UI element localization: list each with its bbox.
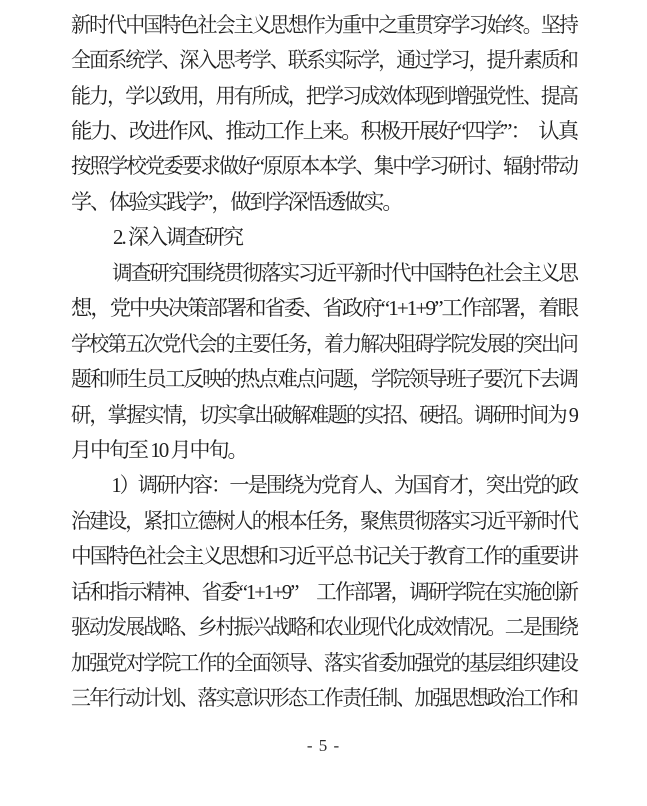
text-line: 调查研究围绕贯彻落实习近平新时代中国特色社会主义思 [71,254,577,289]
text-line: 话和指示精神、省委“1+1+9” 工作部署，调研学院在实施创新 [71,573,577,608]
text-line-content: 调查研究围绕贯彻落实习近平新时代中国特色社会主义思 [71,257,577,287]
text-line-content: 三年行动计划、落实意识形态工作责任制、加强思想政治工作和 [71,682,577,712]
text-line: 驱动发展战略、乡村振兴战略和农业现代化成效情况。二是围绕 [71,608,577,643]
text-line: 按照学校党委要求做好“原原本本学、集中学习研讨、辐射带动 [71,148,577,183]
text-line-content: 能力，学以致用，用有所成，把学习成效体现到增强党性、提高 [71,80,577,110]
text-line-content: 按照学校党委要求做好“原原本本学、集中学习研讨、辐射带动 [71,150,577,180]
text-line: 学、体验实践学”，做到学深悟透做实。 [71,183,577,218]
document-body: 新时代中国特色社会主义思想作为重中之重贯穿学习始终。坚持全面系统学、深入思考学、… [71,6,577,715]
text-line: 中国特色社会主义思想和习近平总书记关于教育工作的重要讲 [71,538,577,573]
text-line: 全面系统学、深入思考学、联系实际学，通过学习，提升素质和 [71,41,577,76]
text-line: 1）调研内容：一是围绕为党育人、为国育才，突出党的政 [71,467,577,502]
text-line: 研，掌握实情，切实拿出破解难题的实招、硬招。调研时间为 9 [71,396,577,431]
text-line: 能力，学以致用，用有所成，把学习成效体现到增强党性、提高 [71,77,577,112]
text-line-content: 治建设，紧扣立德树人的根本任务，聚焦贯彻落实习近平新时代 [71,505,577,535]
text-line-content: 全面系统学、深入思考学、联系实际学，通过学习，提升素质和 [71,44,577,74]
text-line-content: 2. 深入调查研究 [71,221,242,251]
text-line: 加强党对学院工作的全面领导、落实省委加强党的基层组织建设 [71,644,577,679]
text-line: 三年行动计划、落实意识形态工作责任制、加强思想政治工作和 [71,679,577,714]
text-line: 能力、改进作风、推动工作上来。积极开展好“四学”： 认真 [71,112,577,147]
text-line-content: 研，掌握实情，切实拿出破解难题的实招、硬招。调研时间为 9 [71,399,577,429]
section-heading: 2. 深入调查研究 [71,219,577,254]
text-line: 题和师生员工反映的热点难点问题，学院领导班子要沉下去调 [71,360,577,395]
page-number: - 5 - [307,736,340,755]
document-page: 新时代中国特色社会主义思想作为重中之重贯穿学习始终。坚持全面系统学、深入思考学、… [0,0,647,806]
text-line: 月中旬至 10 月中旬。 [71,431,577,466]
text-line-content: 学校第五次党代会的主要任务，着力解决阻碍学院发展的突出问 [71,328,577,358]
text-line-content: 加强党对学院工作的全面领导、落实省委加强党的基层组织建设 [71,647,577,677]
text-line-content: 1）调研内容：一是围绕为党育人、为国育才，突出党的政 [71,469,577,499]
text-line-content: 驱动发展战略、乡村振兴战略和农业现代化成效情况。二是围绕 [71,611,577,641]
text-line: 想，党中央决策部署和省委、省政府“1+1+9”工作部署，着眼 [71,290,577,325]
text-line-content: 能力、改进作风、推动工作上来。积极开展好“四学”： 认真 [71,115,577,145]
text-line-content: 话和指示精神、省委“1+1+9” 工作部署，调研学院在实施创新 [71,576,577,606]
page-footer: - 5 - [0,736,647,756]
text-line: 新时代中国特色社会主义思想作为重中之重贯穿学习始终。坚持 [71,6,577,41]
text-line-content: 新时代中国特色社会主义思想作为重中之重贯穿学习始终。坚持 [71,9,577,39]
text-line: 治建设，紧扣立德树人的根本任务，聚焦贯彻落实习近平新时代 [71,502,577,537]
text-line-content: 题和师生员工反映的热点难点问题，学院领导班子要沉下去调 [71,363,577,393]
text-line: 学校第五次党代会的主要任务，着力解决阻碍学院发展的突出问 [71,325,577,360]
text-line-content: 想，党中央决策部署和省委、省政府“1+1+9”工作部署，着眼 [71,292,577,322]
text-line-content: 月中旬至 10 月中旬。 [71,434,247,464]
text-line-content: 中国特色社会主义思想和习近平总书记关于教育工作的重要讲 [71,540,577,570]
text-line-content: 学、体验实践学”，做到学深悟透做实。 [71,186,401,216]
